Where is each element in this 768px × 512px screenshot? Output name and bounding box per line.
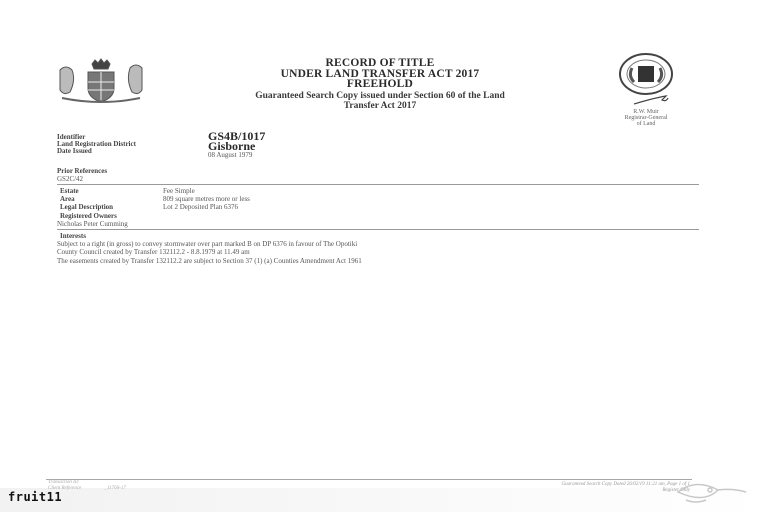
legal-description-value: Lot 2 Deposited Plan 6376 [163,203,238,211]
footer-right: Guaranteed Search Copy Dated 26/02/19 11… [400,482,690,494]
date-issued-value: 08 August 1979 [208,151,252,159]
signatory-title-2: of Land [596,121,696,127]
area-value: 809 square metres more or less [163,195,250,203]
registered-owners-label: Registered Owners [60,213,117,220]
client-reference-value: _11760-17 [105,486,126,491]
interest-line-3: The easements created by Transfer 132112… [57,257,362,265]
area-label: Area [60,196,75,203]
title-line-3: FREEHOLD [160,79,600,90]
register-only: Register Only [400,488,690,494]
divider-top [57,184,699,185]
registered-owners-value: Nicholas Peter Cumming [57,220,128,228]
date-issued-label: Date Issued [57,148,92,155]
title-line-1: RECORD OF TITLE [160,58,600,69]
legal-description-label: Legal Description [60,204,113,211]
estate-value: Fee Simple [163,187,195,195]
coat-of-arms-icon [52,58,150,104]
prior-references-label: Prior References [57,168,107,175]
district-value: Gisborne [208,141,255,151]
estate-label: Estate [60,188,79,195]
interest-line-1: Subject to a right (in gross) to convey … [57,240,357,248]
interests-label: Interests [60,233,86,240]
record-of-title-document: RECORD OF TITLE UNDER LAND TRANSFER ACT … [0,0,768,512]
fish-logo-icon [672,478,762,508]
subtitle-line-2: Transfer Act 2017 [160,101,600,111]
prior-references-value: GS2C/42 [57,175,83,183]
divider-interests [57,229,699,230]
subtitle-line-1: Guaranteed Search Copy issued under Sect… [160,91,600,101]
registrar-signatory: R.W. Muir Registrar-General of Land [596,109,696,127]
interest-line-2: County Council created by Transfer 13211… [57,248,250,256]
watermark-text: fruit11 [8,490,62,504]
document-title-block: RECORD OF TITLE UNDER LAND TRANSFER ACT … [160,58,600,111]
footer-divider [46,479,692,480]
